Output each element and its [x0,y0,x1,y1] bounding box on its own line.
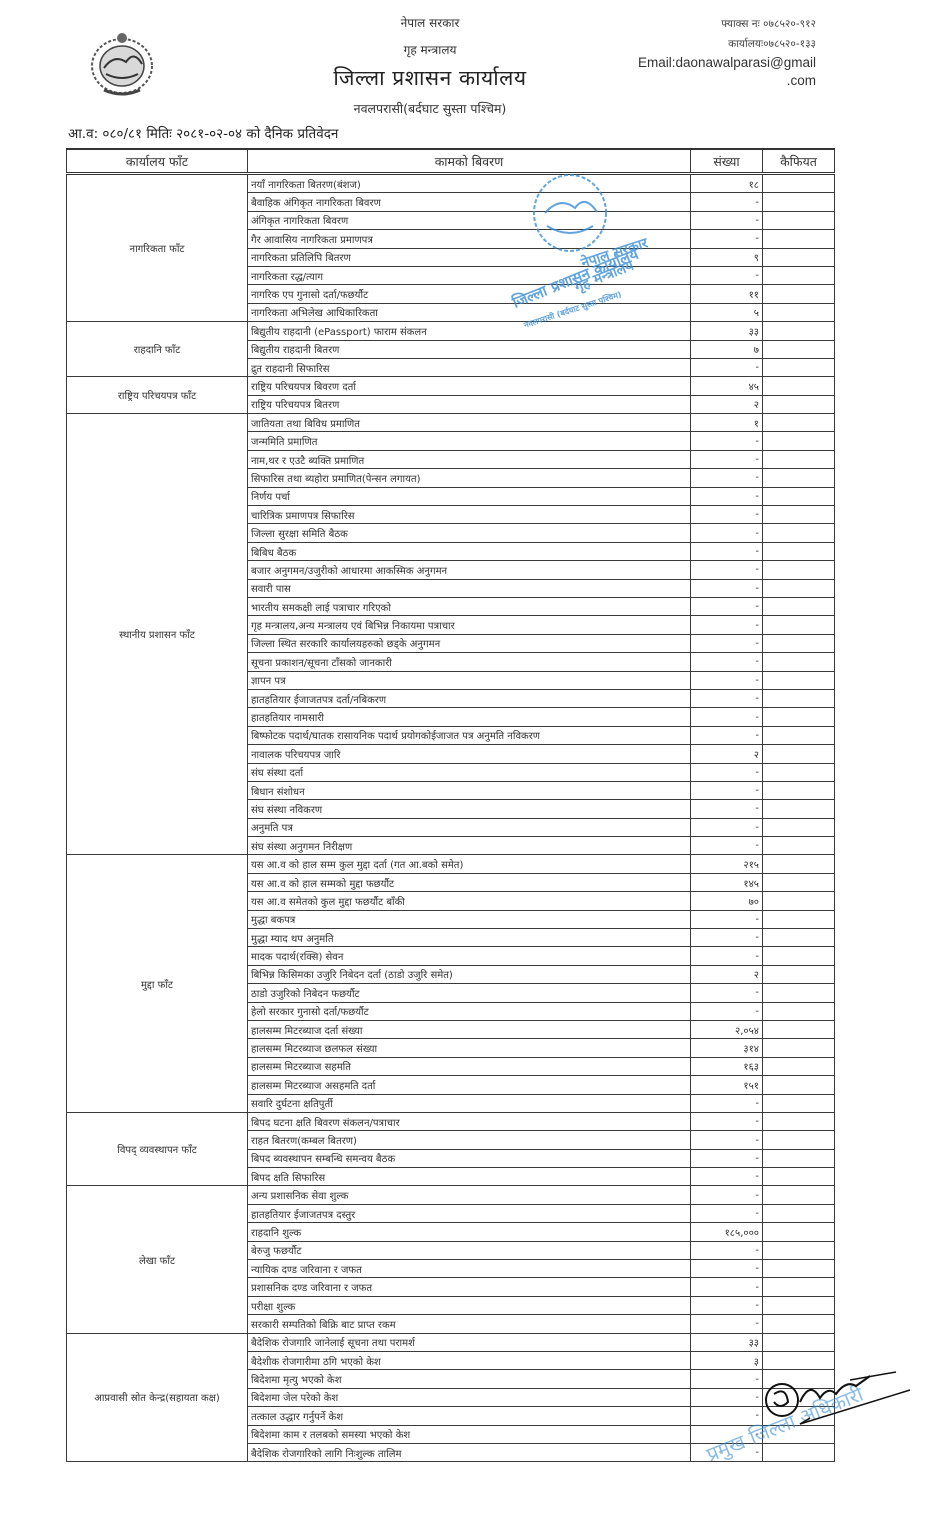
ministry-name: गृह मन्त्रालय [280,41,580,58]
task-description: बैवाहिक अंगिकृत नागरिकता बिवरण [248,193,691,211]
task-description: राष्ट्रिय परिचयपत्र बिवरण दर्ता [248,377,691,395]
task-remarks [763,450,835,468]
task-description: बिपद ब्यवस्थापन सम्बन्धि समन्वय बैठक [248,1149,691,1167]
task-remarks [763,1407,835,1425]
task-description: परीक्षा शुल्क [248,1296,691,1314]
task-description: यस आ.व को हाल सम्म कुल मुद्दा दर्ता (गत … [248,855,691,873]
task-description: तत्काल उद्धार गर्नुपर्ने केश [248,1407,691,1425]
table-row: विपद् व्यवस्थापन फाँटबिपद घटना क्षति बिव… [67,1112,835,1130]
task-remarks [763,395,835,413]
task-count: - [691,910,763,928]
task-remarks [763,303,835,321]
task-description: प्रशासनिक दण्ड जरिवाना र जफत [248,1278,691,1296]
section-name: स्थानीय प्रशासन फाँट [67,414,248,855]
task-description: राहत बितरण(कम्बल बितरण) [248,1131,691,1149]
task-description: सरकारी सम्पतिको बिक्रि बाट प्राप्त रकम [248,1315,691,1333]
task-remarks [763,193,835,211]
task-remarks [763,377,835,395]
task-remarks [763,211,835,229]
task-remarks [763,248,835,266]
task-remarks [763,358,835,376]
task-remarks [763,855,835,873]
task-description: नागरिक एप गुनासो दर्ता/फछर्यौट [248,285,691,303]
task-count: ३३ [691,322,763,340]
task-remarks [763,689,835,707]
task-description: बिभिन्न किसिमका उजुरि निबेदन दर्ता (ठाडो… [248,965,691,983]
task-remarks [763,1094,835,1112]
task-count: - [691,1278,763,1296]
table-row: राहदानि फाँटबिद्युतीय राहदानी (ePassport… [67,322,835,340]
task-remarks [763,763,835,781]
task-description: न्यायिक दण्ड जरिवाना र जफत [248,1260,691,1278]
task-description: नागरिकता प्रतिलिपि बितरण [248,248,691,266]
task-remarks [763,469,835,487]
table-header-row: कार्यालय फाँट कामको बिवरण संख्या कैफियत [67,149,835,174]
task-count: ७० [691,892,763,910]
task-count: - [691,947,763,965]
task-count: - [691,726,763,744]
task-description: बजार अनुगमन/उजुरीको आधारमा आकस्मिक अनुगम… [248,561,691,579]
fax-number: फ्याक्स नः ०७८५२०-९१२ [638,14,816,34]
table-row: आप्रवासी स्रोत केन्द्र(सहायता कक्ष)बैदेश… [67,1333,835,1351]
task-remarks [763,1260,835,1278]
task-remarks [763,1149,835,1167]
task-count: ३ [691,1352,763,1370]
task-count: १४५ [691,873,763,891]
task-count: १८५,००० [691,1223,763,1241]
email-line-2: .com [638,72,816,90]
task-remarks [763,174,835,193]
task-remarks [763,910,835,928]
task-description: हातहतियार ईजाजतपत्र दर्ता/नबिकरण [248,689,691,707]
task-count: - [691,579,763,597]
task-count: - [691,561,763,579]
task-count: - [691,524,763,542]
section-name: राष्ट्रिय परिचयपत्र फाँट [67,377,248,414]
task-description: बिद्युतीय राहदानी बितरण [248,340,691,358]
task-count: - [691,469,763,487]
task-count: - [691,1241,763,1259]
task-remarks [763,653,835,671]
task-remarks [763,818,835,836]
task-count: - [691,671,763,689]
task-count: - [691,1443,763,1461]
task-description: नयाँ नागरिकता बितरण(बंशज) [248,174,691,193]
task-description: बिदेशमा मृत्यु भएको केश [248,1370,691,1388]
letterhead: नेपाल सरकार गृह मन्त्रालय जिल्ला प्रशासन… [280,10,580,117]
task-description: सवारि दुर्घटना क्षतिपुर्ती [248,1094,691,1112]
table-row: राष्ट्रिय परिचयपत्र फाँटराष्ट्रिय परिचयप… [67,377,835,395]
task-remarks [763,873,835,891]
task-remarks [763,266,835,284]
task-count: - [691,450,763,468]
task-remarks [763,579,835,597]
section-name: नागरिकता फाँट [67,174,248,322]
task-description: बैदेशिक रोजगारिको लागि निःशुल्क तालिम [248,1443,691,1461]
task-remarks [763,1388,835,1406]
task-remarks [763,542,835,560]
task-remarks [763,1443,835,1461]
task-remarks [763,1296,835,1314]
task-description: नाम,थर र एउटै ब्यक्ति प्रमाणित [248,450,691,468]
phone-number: कार्यालयः०७८५२०-१३३ [638,34,816,54]
task-count: ५ [691,303,763,321]
task-remarks [763,340,835,358]
district-name: नवलपरासी(बर्दघाट सुस्ता पश्चिम) [280,100,580,117]
task-description: जन्ममिति प्रमाणित [248,432,691,450]
email-line-1: Email:daonawalparasi@gmail [638,54,816,72]
task-remarks [763,1057,835,1075]
task-description: हेलो सरकार गुनासो दर्ता/फछर्यौट [248,1002,691,1020]
task-count: ९ [691,248,763,266]
task-count: ११ [691,285,763,303]
task-description: बिपद घटना क्षति बिवरण संकलन/पत्राचार [248,1112,691,1130]
task-remarks [763,1352,835,1370]
task-remarks [763,965,835,983]
task-description: संघ संस्था अनुगमन निरीक्षण [248,837,691,855]
task-count: - [691,211,763,229]
task-count: ४५ [691,377,763,395]
task-description: मादक पदार्थ(रक्सि) सेवन [248,947,691,965]
task-description: यस आ.व समेतको कुल मुद्दा फछर्यौट बाँकी [248,892,691,910]
task-count: - [691,1094,763,1112]
task-remarks [763,1112,835,1130]
task-count: २ [691,965,763,983]
section-name: विपद् व्यवस्थापन फाँट [67,1112,248,1186]
task-description: हातहतियार ईजाजतपत्र दस्तुर [248,1204,691,1222]
task-count: - [691,193,763,211]
task-description: द्रुत राहदानी सिफारिस [248,358,691,376]
task-description: बिष्फोटक पदार्थ/घातक रासायनिक पदार्थ प्र… [248,726,691,744]
table-row: स्थानीय प्रशासन फाँटजातियता तथा बिविध प्… [67,414,835,432]
task-description: अनुमति पत्र [248,818,691,836]
task-count: - [691,1131,763,1149]
table-row: मुद्दा फाँटयस आ.व को हाल सम्म कुल मुद्दा… [67,855,835,873]
task-count: - [691,230,763,248]
task-remarks [763,1168,835,1186]
task-count: - [691,1204,763,1222]
task-count: - [691,1407,763,1425]
task-description: बिपद क्षति सिफारिस [248,1168,691,1186]
task-description: गैर आवासिय नागरिकता प्रमाणपत्र [248,230,691,248]
task-description: बैदेशिक रोजगारि जानेलाई सूचना तथा परामर्… [248,1333,691,1351]
task-count: - [691,1296,763,1314]
task-description: ठाडो उजुरिको निबेदन फछर्यौट [248,984,691,1002]
task-description: हालसम्म मिटरब्याज छलफल संख्या [248,1039,691,1057]
task-remarks [763,1333,835,1351]
task-remarks [763,1425,835,1443]
task-remarks [763,506,835,524]
task-remarks [763,1278,835,1296]
task-count: - [691,634,763,652]
task-count: - [691,597,763,615]
task-remarks [763,230,835,248]
task-count: ३१४ [691,1039,763,1057]
task-count: - [691,818,763,836]
task-description: चारित्रिक प्रमाणपत्र सिफारिस [248,506,691,524]
task-count: - [691,1425,763,1443]
task-remarks [763,708,835,726]
task-description: नागरिकता रद्ध/त्याग [248,266,691,284]
task-remarks [763,487,835,505]
task-count: - [691,1186,763,1204]
task-count: १८ [691,174,763,193]
task-count: - [691,1370,763,1388]
section-name: मुद्दा फाँट [67,855,248,1112]
task-remarks [763,929,835,947]
task-count: - [691,800,763,818]
task-remarks [763,1020,835,1038]
task-remarks [763,1223,835,1241]
task-description: सवारी पास [248,579,691,597]
task-count: - [691,689,763,707]
task-description: जिल्ला स्थित सरकारि कार्यालयहरुको छड्के … [248,634,691,652]
task-count: - [691,1315,763,1333]
task-remarks [763,561,835,579]
task-description: संघ संस्था नविकरण [248,800,691,818]
task-count: - [691,837,763,855]
task-description: सिफारिस तथा ब्यहोरा प्रमाणित(पेन्सन लगाय… [248,469,691,487]
task-count: - [691,1260,763,1278]
task-description: हालसम्म मिटरब्याज सहमति [248,1057,691,1075]
task-count: - [691,616,763,634]
task-description: बिदेशमा जेल परेको केश [248,1388,691,1406]
task-description: राहदानि शुल्क [248,1223,691,1241]
task-count: - [691,358,763,376]
header-description: कामको बिवरण [248,149,691,174]
task-description: बिदेशमा काम र तलबको समस्या भएको केश [248,1425,691,1443]
task-remarks [763,1241,835,1259]
task-count: ३३ [691,1333,763,1351]
task-count: - [691,1002,763,1020]
task-count: - [691,929,763,947]
task-remarks [763,781,835,799]
task-description: अंगिकृत नागरिकता बिवरण [248,211,691,229]
task-description: यस आ.व को हाल सम्मको मुद्दा फछर्यौट [248,873,691,891]
task-remarks [763,597,835,615]
task-remarks [763,1370,835,1388]
task-description: राष्ट्रिय परिचयपत्र बितरण [248,395,691,413]
contact-info: फ्याक्स नः ०७८५२०-९१२ कार्यालयः०७८५२०-१३… [638,14,816,90]
task-description: ज्ञापन पत्र [248,671,691,689]
task-remarks [763,726,835,744]
task-remarks [763,634,835,652]
section-name: राहदानि फाँट [67,322,248,377]
task-count: - [691,763,763,781]
task-description: नावालक परिचयपत्र जारि [248,745,691,763]
task-remarks [763,414,835,432]
task-count: १५१ [691,1076,763,1094]
table-row: नागरिकता फाँटनयाँ नागरिकता बितरण(बंशज)१८ [67,174,835,193]
task-remarks [763,1131,835,1149]
section-name: लेखा फाँट [67,1186,248,1333]
task-description: बेरुजु फछर्यौट [248,1241,691,1259]
task-count: - [691,1149,763,1167]
task-count: २ [691,745,763,763]
task-remarks [763,1315,835,1333]
task-remarks [763,1204,835,1222]
table-row: लेखा फाँटअन्य प्रशासनिक सेवा शुल्क- [67,1186,835,1204]
task-description: हातहतियार नामसारी [248,708,691,726]
task-description: हालसम्म मिटरब्याज दर्ता संख्या [248,1020,691,1038]
task-count: - [691,487,763,505]
task-remarks [763,1039,835,1057]
task-remarks [763,1076,835,1094]
task-remarks [763,524,835,542]
task-description: सूचना प्रकाशन/सूचना टाँसको जानकारी [248,653,691,671]
header-remarks: कैफियत [763,149,835,174]
task-description: जातियता तथा बिविध प्रमाणित [248,414,691,432]
task-count: ७ [691,340,763,358]
task-remarks [763,837,835,855]
table-body: नागरिकता फाँटनयाँ नागरिकता बितरण(बंशज)१८… [67,174,835,1462]
task-description: निर्णय पर्चा [248,487,691,505]
header-section: कार्यालय फाँट [67,149,248,174]
task-count: १६३ [691,1057,763,1075]
task-remarks [763,671,835,689]
task-description: भारतीय समकक्षी लाई पत्राचार गरिएको [248,597,691,615]
task-count: - [691,1112,763,1130]
task-remarks [763,616,835,634]
header-count: संख्या [691,149,763,174]
task-count: - [691,432,763,450]
task-count: २ [691,395,763,413]
task-count: २,०५४ [691,1020,763,1038]
task-count: - [691,1388,763,1406]
task-count: - [691,1168,763,1186]
task-remarks [763,285,835,303]
task-remarks [763,432,835,450]
task-description: बैदेशीक रोजगारीमा ठगि भएको केश [248,1352,691,1370]
task-description: संघ संस्था दर्ता [248,763,691,781]
task-description: बिद्युतीय राहदानी (ePassport) फाराम संकल… [248,322,691,340]
task-description: गृह मन्त्रालय,अन्य मन्त्रालय एवं बिभिन्न… [248,616,691,634]
report-title: आ.व: ०८०/८१ मितिः २०८१-०२-०४ को दैनिक प्… [68,124,338,142]
task-description: मुद्धा म्याद थप अनुमति [248,929,691,947]
task-remarks [763,947,835,965]
task-count: - [691,708,763,726]
task-remarks [763,322,835,340]
task-description: जिल्ला सुरक्षा समिति बैठक [248,524,691,542]
task-remarks [763,800,835,818]
section-name: आप्रवासी स्रोत केन्द्र(सहायता कक्ष) [67,1333,248,1462]
task-remarks [763,984,835,1002]
office-name: जिल्ला प्रशासन कार्यालय [280,64,580,92]
task-count: - [691,653,763,671]
task-count: - [691,266,763,284]
task-description: बिधान संशोधन [248,781,691,799]
task-description: हालसम्म मिटरब्याज असहमति दर्ता [248,1076,691,1094]
task-count: १ [691,414,763,432]
task-remarks [763,745,835,763]
task-description: अन्य प्रशासनिक सेवा शुल्क [248,1186,691,1204]
task-count: २१५ [691,855,763,873]
nepal-emblem-icon [82,28,162,100]
task-remarks [763,892,835,910]
daily-report-table: कार्यालय फाँट कामको बिवरण संख्या कैफियत … [66,148,835,1462]
task-description: नागरिकता अभिलेख आधिकारिकता [248,303,691,321]
task-count: - [691,984,763,1002]
task-count: - [691,506,763,524]
task-remarks [763,1002,835,1020]
task-count: - [691,781,763,799]
government-name: नेपाल सरकार [280,14,580,31]
task-description: मुद्धा बकपत्र [248,910,691,928]
task-description: बिबिध बैठक [248,542,691,560]
task-remarks [763,1186,835,1204]
task-count: - [691,542,763,560]
